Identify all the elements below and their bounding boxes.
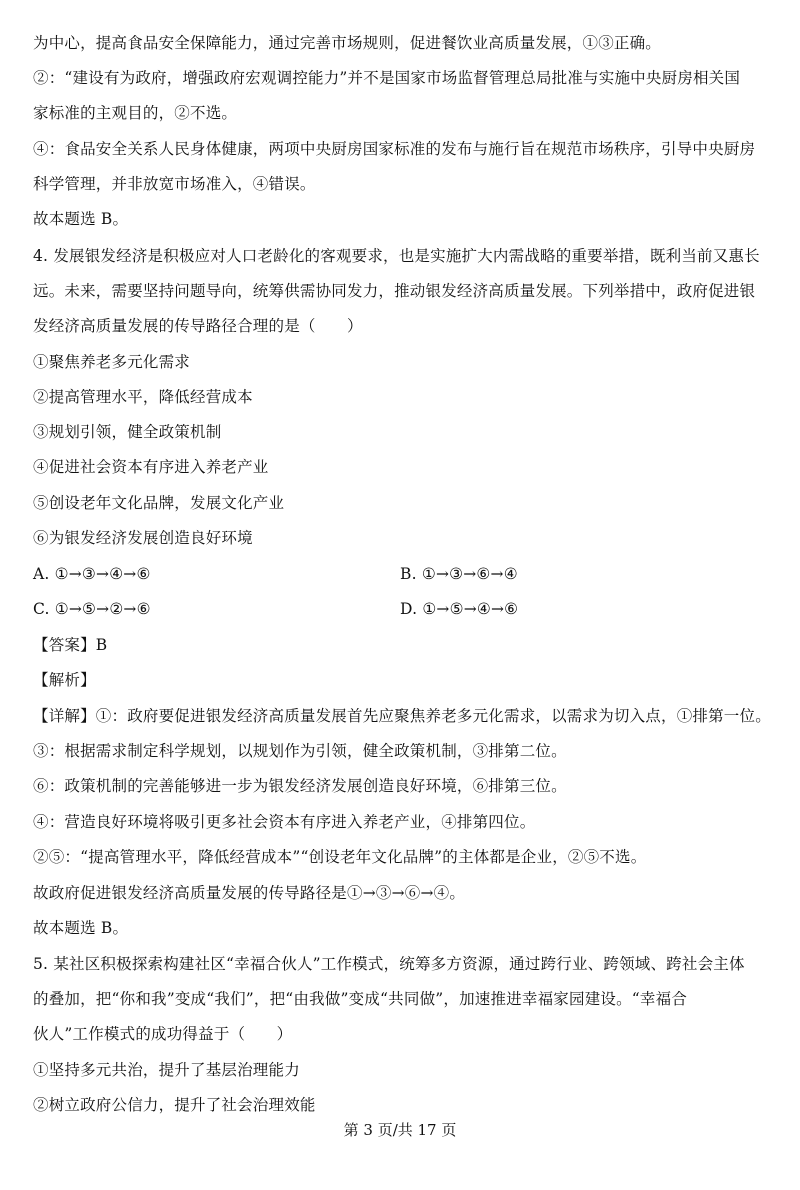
question-5-stem: 的叠加，把“你和我”变成“我们”，把“由我做”变成“共同做”，加速推进幸福家园建… xyxy=(33,989,773,1009)
question-5-item: ①坚持多元共治，提升了基层治理能力 xyxy=(33,1060,773,1080)
question-4-item: ①聚焦养老多元化需求 xyxy=(33,352,773,372)
text-line: 为中心，提高食品安全保障能力，通过完善市场规则，促进餐饮业高质量发展，①③正确。 xyxy=(33,33,773,53)
option-a: A. ①→③→④→⑥ xyxy=(33,564,373,584)
question-5-item: ②树立政府公信力，提升了社会治理效能 xyxy=(33,1095,773,1115)
analysis-label: 【解析】 xyxy=(33,670,773,690)
option-d: D. ①→⑤→④→⑥ xyxy=(400,599,760,619)
question-4-stem: 4. 发展银发经济是积极应对人口老龄化的客观要求，也是实施扩大内需战略的重要举措… xyxy=(33,246,773,266)
question-5-stem: 伙人”工作模式的成功得益于（ ） xyxy=(33,1024,773,1044)
answer-label: 【答案】B xyxy=(33,635,773,655)
explanation-line: ③：根据需求制定科学规划，以规划作为引领，健全政策机制，③排第二位。 xyxy=(33,741,773,761)
question-4-item: ⑥为银发经济发展创造良好环境 xyxy=(33,528,773,548)
question-4-item: ②提高管理水平，降低经营成本 xyxy=(33,387,773,407)
question-4-item: ④促进社会资本有序进入养老产业 xyxy=(33,457,773,477)
document-page: 为中心，提高食品安全保障能力，通过完善市场规则，促进餐饮业高质量发展，①③正确。… xyxy=(0,0,800,1190)
question-5-stem: 5. 某社区积极探索构建社区“幸福合伙人”工作模式，统筹多方资源，通过跨行业、跨… xyxy=(33,954,773,974)
text-line: ④：食品安全关系人民身体健康，两项中央厨房国家标准的发布与施行旨在规范市场秩序，… xyxy=(33,139,773,159)
question-4-item: ⑤创设老年文化品牌，发展文化产业 xyxy=(33,493,773,513)
conclusion-line: 故本题选 B。 xyxy=(33,918,773,938)
conclusion-line: 故本题选 B。 xyxy=(33,209,773,229)
question-4-stem: 发经济高质量发展的传导路径合理的是（ ） xyxy=(33,316,773,336)
question-4-item: ③规划引领，健全政策机制 xyxy=(33,422,773,442)
text-line: ②：“建设有为政府，增强政府宏观调控能力”并不是国家市场监督管理总局批准与实施中… xyxy=(33,68,773,88)
explanation-line: 故政府促进银发经济高质量发展的传导路径是①→③→⑥→④。 xyxy=(33,883,773,903)
page-number: 第 3 页/共 17 页 xyxy=(0,1120,800,1140)
text-line: 家标准的主观目的，②不选。 xyxy=(33,103,773,123)
explanation-line: ②⑤：“提高管理水平，降低经营成本”“创设老年文化品牌”的主体都是企业，②⑤不选… xyxy=(33,847,773,867)
explanation-line: ⑥：政策机制的完善能够进一步为银发经济发展创造良好环境，⑥排第三位。 xyxy=(33,776,773,796)
question-4-stem: 远。未来，需要坚持问题导向，统筹供需协同发力，推动银发经济高质量发展。下列举措中… xyxy=(33,281,773,301)
explanation-line: 【详解】①：政府要促进银发经济高质量发展首先应聚焦养老多元化需求，以需求为切入点… xyxy=(33,706,773,726)
option-c: C. ①→⑤→②→⑥ xyxy=(33,599,373,619)
text-line: 科学管理，并非放宽市场准入，④错误。 xyxy=(33,174,773,194)
option-b: B. ①→③→⑥→④ xyxy=(400,564,760,584)
explanation-line: ④：营造良好环境将吸引更多社会资本有序进入养老产业，④排第四位。 xyxy=(33,812,773,832)
